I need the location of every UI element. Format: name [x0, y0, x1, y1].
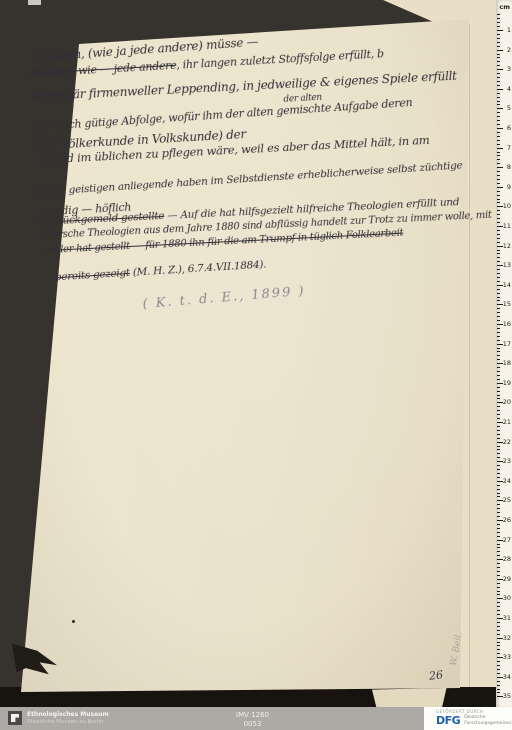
ruler-tick	[497, 230, 500, 231]
ruler-tick	[497, 242, 500, 243]
manuscript-segment: selbst geistigen anliegende haben im Sel…	[36, 159, 463, 198]
ruler-number: 19	[503, 380, 511, 387]
page-number: 26	[428, 668, 443, 682]
ruler-tick	[497, 210, 500, 211]
ruler-tick	[497, 512, 500, 513]
ruler-tick	[497, 524, 500, 525]
ruler-tick	[497, 238, 500, 239]
ruler-tick	[497, 496, 500, 497]
ruler-number: 20	[503, 399, 511, 406]
ruler-tick	[497, 516, 500, 517]
ruler-tick	[497, 132, 500, 133]
ruler-tick	[497, 410, 500, 411]
ruler-tick	[497, 171, 500, 172]
dfg-logo: DFG	[436, 715, 460, 726]
ruler-tick	[497, 18, 500, 19]
ruler-tick	[497, 689, 500, 690]
ruler-tick	[497, 77, 500, 78]
ruler-tick	[497, 320, 500, 321]
ruler-number: 8	[507, 164, 511, 171]
ruler-tick	[497, 602, 500, 603]
ruler-number: 30	[503, 595, 511, 602]
ruler-tick	[497, 50, 503, 51]
ruler-tick	[497, 120, 500, 121]
ruler-tick	[497, 457, 500, 458]
ruler-tick	[497, 395, 500, 396]
ruler-tick	[497, 465, 500, 466]
ruler-number: 35	[503, 693, 511, 700]
ruler-tick	[497, 645, 500, 646]
ruler-tick	[497, 398, 500, 399]
ruler-number: 14	[503, 282, 511, 289]
ruler-tick	[497, 591, 500, 592]
ruler-tick	[497, 104, 500, 105]
ruler-tick	[497, 430, 500, 431]
ruler-tick	[497, 681, 500, 682]
ruler-tick	[497, 367, 500, 368]
ruler-tick	[497, 148, 503, 149]
ruler-tick	[497, 351, 500, 352]
ruler-tick	[497, 85, 500, 86]
ruler-number: 23	[503, 458, 511, 465]
ruler-tick	[497, 179, 500, 180]
ruler-tick	[497, 359, 500, 360]
ruler-tick	[497, 46, 500, 47]
ruler-number: 17	[503, 340, 511, 347]
ruler-tick	[497, 202, 500, 203]
ruler-tick	[497, 22, 500, 23]
ruler-tick	[497, 328, 500, 329]
ruler-tick	[497, 253, 500, 254]
ruler-tick	[497, 61, 500, 62]
ruler-tick	[497, 555, 500, 556]
manuscript-segment: bereits gezeigt	[55, 267, 131, 284]
handwritten-text-block: Museen, (wie ja jede andere) müsse —Muse…	[28, 21, 497, 356]
ruler-tick	[497, 426, 500, 427]
dfg-funding-box: GEFÖRDERT DURCH DFG Deutsche Forschungsg…	[424, 707, 512, 730]
ruler-tick	[497, 587, 500, 588]
ruler-tick	[497, 155, 500, 156]
ruler-tick	[497, 277, 500, 278]
ruler-tick	[497, 163, 500, 164]
ruler-tick	[497, 379, 500, 380]
ruler-number: 10	[503, 203, 511, 210]
ruler-tick	[497, 551, 500, 552]
digitization-footer-bar: Ethnologisches Museum Staatliche Museen …	[0, 707, 512, 730]
ruler-tick	[497, 446, 500, 447]
ruler-tick	[497, 504, 500, 505]
ruler-tick	[497, 191, 500, 192]
ruler-number: 7	[507, 144, 511, 151]
ruler-tick	[497, 391, 500, 392]
manuscript-line: bereits gezeigt (M. H. Z.), 6.7.4.VII.18…	[55, 260, 267, 283]
ruler-tick	[497, 101, 500, 102]
dfg-name-line2: Forschungsgemeinschaft	[464, 721, 512, 726]
ruler-tick	[497, 222, 500, 223]
ruler-tick	[497, 571, 500, 572]
ruler-number: 2	[507, 46, 511, 53]
ruler-number: 33	[503, 654, 511, 661]
ruler-tick	[497, 183, 500, 184]
ruler-tick	[497, 34, 500, 35]
ruler-tick	[497, 54, 500, 55]
ruler-tick	[497, 661, 500, 662]
manuscript-segment: ( K. t. d. E., 1899 )	[142, 284, 306, 312]
ruler-tick	[497, 300, 500, 301]
ruler-tick	[497, 473, 500, 474]
ruler-tick	[497, 563, 500, 564]
ruler-tick	[497, 316, 500, 317]
ruler-tick	[497, 30, 503, 31]
ruler-number: 27	[503, 536, 511, 543]
ruler-tick	[497, 434, 500, 435]
ruler-number: 29	[503, 576, 511, 583]
manuscript-scan: Museen, (wie ja jede andere) müsse —Muse…	[0, 0, 512, 730]
ruler-tick	[497, 406, 500, 407]
ruler-tick	[497, 332, 500, 333]
ruler-tick	[497, 195, 500, 196]
ruler-tick	[497, 371, 500, 372]
ruler-tick	[497, 485, 500, 486]
ruler-tick	[497, 261, 500, 262]
ruler-tick	[497, 81, 500, 82]
ruler-tick	[497, 65, 500, 66]
ruler-tick	[497, 308, 500, 309]
ruler-tick	[497, 57, 500, 58]
ruler-number: 3	[507, 66, 511, 73]
ruler-tick	[497, 214, 500, 215]
ruler-tick	[497, 289, 500, 290]
ruler-tick	[497, 348, 500, 349]
ink-dot	[72, 620, 75, 623]
manuscript-line: ( K. t. d. E., 1899 )	[142, 285, 306, 311]
ruler-number: 18	[503, 360, 511, 367]
ruler-tick	[497, 418, 500, 419]
ruler-tick	[497, 108, 503, 109]
ruler-number: 16	[503, 321, 511, 328]
ruler-tick	[497, 453, 500, 454]
ruler-number: 34	[503, 674, 511, 681]
ruler-tick	[497, 438, 500, 439]
ruler-tick	[497, 685, 500, 686]
ruler-tick	[497, 630, 500, 631]
ruler-tick	[497, 73, 500, 74]
ruler-tick	[497, 449, 500, 450]
ruler-number: 25	[503, 497, 511, 504]
ruler-tick	[497, 124, 500, 125]
manuscript-line: der auch gütige Abfolge, wofür ihm der a…	[34, 97, 412, 132]
ruler-tick	[497, 544, 500, 545]
ruler-tick	[497, 508, 500, 509]
ruler-number: 15	[503, 301, 511, 308]
ruler-tick	[497, 673, 500, 674]
ruler-tick	[497, 167, 503, 168]
ruler-tick	[497, 257, 500, 258]
ruler-tick	[497, 136, 500, 137]
ruler-tick	[497, 269, 500, 270]
ruler-tick	[497, 355, 500, 356]
ruler-tick	[497, 536, 500, 537]
ruler-tick	[497, 128, 503, 129]
ruler-tick	[497, 669, 500, 670]
ruler-tick	[497, 140, 500, 141]
ruler-tick	[497, 144, 500, 145]
ruler-tick	[497, 42, 500, 43]
ruler-tick	[497, 312, 500, 313]
ruler-tick	[497, 89, 503, 90]
ruler-tick	[497, 340, 500, 341]
ruler-tick	[497, 614, 500, 615]
ruler-tick	[497, 477, 500, 478]
ruler-tick	[497, 199, 500, 200]
ruler-tick	[497, 634, 500, 635]
ruler-tick	[497, 336, 500, 337]
ruler-tick	[497, 97, 500, 98]
dfg-row: DFG Deutsche Forschungsgemeinschaft	[436, 715, 512, 726]
ruler-number: 31	[503, 615, 511, 622]
ruler-tick	[497, 489, 500, 490]
ruler-number: 9	[507, 184, 511, 191]
ruler-number: 5	[507, 105, 511, 112]
ruler-tick	[497, 692, 500, 693]
ruler-number: 32	[503, 634, 511, 641]
ruler-tick	[497, 218, 500, 219]
ruler-number: 4	[507, 86, 511, 93]
ruler-tick	[497, 665, 500, 666]
manuscript-line: selbst geistigen anliegende haben im Sel…	[36, 160, 463, 197]
ruler-tick	[497, 528, 500, 529]
ruler-tick	[497, 583, 500, 584]
ruler-tick	[497, 626, 500, 627]
ruler-tick	[497, 187, 503, 188]
ruler-number: 24	[503, 478, 511, 485]
ruler-number: 6	[507, 125, 511, 132]
sheet-corner-bulge	[372, 688, 448, 708]
ruler-tick	[497, 649, 500, 650]
ruler-tick	[497, 297, 500, 298]
ruler-unit-label: cm	[499, 3, 510, 11]
cm-ruler: cm 1234567891011121314151617181920212223…	[496, 0, 512, 708]
ruler-tick	[497, 622, 500, 623]
ruler-tick	[497, 234, 500, 235]
ruler-number: 12	[503, 242, 511, 249]
dfg-name: Deutsche Forschungsgemeinschaft	[464, 715, 512, 725]
ruler-tick	[497, 594, 500, 595]
ruler-tick	[497, 532, 500, 533]
ruler-number: 11	[503, 223, 511, 230]
ruler-tick	[497, 375, 500, 376]
ruler-tick	[497, 293, 500, 294]
ruler-tick	[497, 610, 500, 611]
ruler-tick	[497, 567, 500, 568]
ruler-number: 1	[507, 27, 511, 34]
ruler-number: 26	[503, 517, 511, 524]
ruler-tick	[497, 273, 500, 274]
ruler-tick	[497, 493, 500, 494]
ruler-number: 21	[503, 419, 511, 426]
ruler-number: 28	[503, 556, 511, 563]
ruler-tick	[497, 112, 500, 113]
ruler-tick	[497, 175, 500, 176]
ruler-number: 13	[503, 262, 511, 269]
ruler-tick	[497, 642, 500, 643]
ruler-tick	[497, 387, 500, 388]
ruler-tick	[497, 116, 500, 117]
ruler-tick	[497, 93, 500, 94]
ruler-tick	[497, 152, 500, 153]
manuscript-segment: (M. H. Z.), 6.7.4.VII.1884).	[129, 259, 266, 279]
ruler-tick	[497, 250, 500, 251]
ruler-tick	[497, 414, 500, 415]
ruler-tick	[497, 281, 500, 282]
ruler-tick	[497, 69, 503, 70]
ruler-tick	[497, 469, 500, 470]
ruler-tick	[497, 159, 500, 160]
clip-mark	[28, 0, 41, 5]
ruler-tick	[497, 575, 500, 576]
ruler-tick	[497, 606, 500, 607]
ruler-tick	[497, 653, 500, 654]
ruler-tick	[497, 547, 500, 548]
ruler-tick	[497, 14, 500, 15]
ruler-number: 22	[503, 438, 511, 445]
ruler-tick	[497, 38, 500, 39]
ruler-tick	[497, 26, 500, 27]
